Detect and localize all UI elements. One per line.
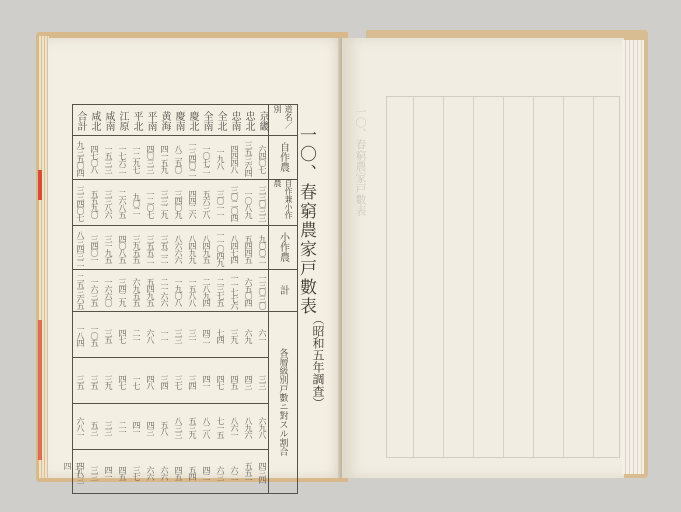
table-row: 六一六九三九七四四二三一三三一一六八二一四七三五一〇五一八四 — [73, 311, 269, 358]
table-cell: 三〇二〇四 — [227, 179, 241, 225]
table-cell: 一七 — [129, 357, 143, 403]
table-cell: 二五三六五 — [73, 269, 87, 311]
table-cell: 五八 — [157, 403, 171, 449]
table-cell: 六三 — [213, 449, 227, 493]
table-cell: 二八九四 — [199, 269, 213, 311]
table-cell: 三四〇一 — [87, 225, 101, 269]
table-cell: 四三 — [143, 403, 157, 449]
table-cell: 一三〇三〇 — [255, 269, 269, 311]
table-row: 三三〇三三一〇八九三〇二〇四三〇一一五六三八四四二六三四〇九三三二九一二〇七九〇… — [73, 179, 269, 226]
table-cell: 四二 — [199, 449, 213, 493]
table-cell: 五四 — [185, 449, 199, 493]
table-cell: 一六六〇 — [101, 269, 115, 311]
table-cell: 七一五 — [213, 403, 227, 449]
table-cell: 一一 — [157, 311, 171, 357]
table-cell: 二三七五 — [213, 269, 227, 311]
table-cell: 三三二九 — [157, 179, 171, 225]
column-header: 全北 — [213, 105, 227, 135]
table-cell: 一〇五 — [87, 311, 101, 357]
table-cell: 三三 — [87, 449, 101, 493]
table-cell: 三四〇九 — [171, 179, 185, 225]
column-header: 京畿 — [255, 105, 269, 135]
table-cell: 六八一 — [73, 403, 87, 449]
table-cell: 六六 — [143, 449, 157, 493]
column-header: 慶北 — [185, 105, 199, 135]
table-cell: 六四〇七 — [255, 135, 269, 179]
corner-header: 道名／別 — [269, 105, 297, 136]
table-cell: 四七 — [115, 357, 129, 403]
table-cell: 九三五〇四 — [73, 135, 87, 179]
table-cell: 四一 — [199, 357, 213, 403]
table-cell: 一〇七二 — [199, 135, 213, 179]
table-cell: 三五 — [73, 357, 87, 403]
table-cell: 四一五九 — [157, 135, 171, 179]
red-ink-mark — [38, 320, 42, 460]
table-cell: 三五 — [101, 311, 115, 357]
table-cell: 三四 — [185, 357, 199, 403]
table-cell: 五三 — [87, 403, 101, 449]
right-page: 一〇、春窮農家戸數表 — [342, 38, 624, 478]
table-cell: 四〇八五 — [115, 225, 129, 269]
table-cell: 六一 — [255, 311, 269, 357]
row-header-tenant: 小作農 — [269, 225, 297, 270]
table-cell: 三七 — [129, 449, 143, 493]
table-cell: 三七 — [171, 357, 185, 403]
table-cell: 四七 — [213, 357, 227, 403]
table-cell: 三四 — [157, 357, 171, 403]
table-cell: 四二 — [199, 311, 213, 357]
table-cell: 一六三五 — [87, 269, 101, 311]
column-header: 忠北 — [241, 105, 255, 135]
column-headers: 京畿忠北忠南全北全南慶北慶南黄海平南平北江原咸南咸北合計 — [73, 105, 269, 136]
table-cell: 一七六二 — [115, 135, 129, 179]
table-cell: 八四九九 — [185, 225, 199, 269]
table-cell: 六五〇四 — [241, 269, 255, 311]
row-headers: 道名／別 自作農 自作兼小作農 小作農 計 各層級別戸數ニ對スル割合 — [268, 105, 297, 493]
table-cell: 九〇二 — [129, 179, 143, 225]
table-cell: 四四四八 — [227, 135, 241, 179]
table-cell: 一二〇七 — [143, 179, 157, 225]
table-cell: 六六 — [157, 449, 171, 493]
page-edges-right — [622, 40, 644, 474]
table-cell: 八二五〇 — [171, 135, 185, 179]
table-cell: 八三三 — [171, 403, 185, 449]
table-cell: 五四四五 — [241, 225, 255, 269]
table-cell: 四五 — [171, 449, 185, 493]
table-cell: 二六八五 — [115, 179, 129, 225]
row-header-part-owner: 自作兼小作農 — [269, 179, 297, 226]
table-cell: 四五 — [227, 357, 241, 403]
table-cell: 四一 — [129, 403, 143, 449]
table-cell: 三三四〇七 — [73, 179, 87, 225]
table-cell: 一九〇八 — [171, 269, 185, 311]
table-cell: 一一〇四九 — [213, 225, 227, 269]
column-header: 黄海 — [157, 105, 171, 135]
table-cell: 三一九五 — [101, 225, 115, 269]
table-cell: 三三 — [101, 403, 115, 449]
table-cell: 一五八八 — [185, 269, 199, 311]
table-cell: 八九六 — [241, 403, 255, 449]
table-cell: 二一六六 — [157, 269, 171, 311]
table-cell: 三五二二 — [157, 225, 171, 269]
table-row: 九〇〇二五四四五八四七四一一〇四九八四九五八四九九八六六六三五二二三五五二三九五… — [73, 225, 269, 270]
table-subtitle: （昭和五年調査） — [310, 313, 327, 409]
table-cell: 三〇一一 — [213, 179, 227, 225]
household-table: 京畿忠北忠南全北全南慶北慶南黄海平南平北江原咸南咸北合計 道名／別 自作農 自作… — [72, 104, 298, 494]
table-cell: 三五 — [87, 357, 101, 403]
table-cell: 四一 — [101, 449, 115, 493]
table-cell: 八二八 — [199, 403, 213, 449]
table-cell: 一八四 — [73, 311, 87, 357]
table-cell: 三三八六 — [101, 179, 115, 225]
table-cell: 三四二九 — [115, 269, 129, 311]
table-row: 四三四五五一六二六三四二五四四五六六六六三七四五四一三三四八三 — [73, 449, 269, 493]
table-row: 六九八八九六八六一七一五八二八五三九八三三五八四三四一二一三三五三六八一 — [73, 403, 269, 450]
table-cell: 三九五五 — [129, 225, 143, 269]
table-cell: 二一 — [115, 403, 129, 449]
table-cell: 四七 — [115, 311, 129, 357]
row-header-total: 計 — [269, 269, 297, 312]
table-cell: 三五五二 — [143, 225, 157, 269]
table-row: 一三〇三〇六五〇四一一七七六二三七五二八九四一五八八一九〇八二一六六五四九五六九… — [73, 269, 269, 312]
table-cell: 四七〇八 — [87, 135, 101, 179]
table-cell: 八六六六 — [171, 225, 185, 269]
table-cell: 三九 — [101, 357, 115, 403]
table-cell: 三三 — [255, 357, 269, 403]
table-cell: 九〇〇二 — [255, 225, 269, 269]
open-book: 一〇、春窮農家戸數表 （昭和五年調査） 京畿忠北忠南全北全南慶北慶南黄海平南平北… — [36, 30, 648, 482]
table-cell: 四三 — [241, 357, 255, 403]
column-header: 咸南 — [101, 105, 115, 135]
table-cell: 五五九〇 — [87, 179, 101, 225]
table-cell: 三三 — [171, 311, 185, 357]
table-cell: 五三九 — [185, 403, 199, 449]
bleed-through-table — [386, 96, 620, 458]
table-cell: 三九 — [227, 311, 241, 357]
table-row: 六四〇七三五三六四四四四八一九八一〇七二一三四〇二八二五〇四一五九四〇三三一二九… — [73, 135, 269, 180]
column-header: 江原 — [115, 105, 129, 135]
table-cell: 四三四 — [255, 449, 269, 493]
table-cell: 六二 — [227, 449, 241, 493]
column-header: 合計 — [73, 105, 87, 135]
column-header: 咸北 — [87, 105, 101, 135]
table-cell: 四五 — [115, 449, 129, 493]
table-cell: 一五三三 — [101, 135, 115, 179]
table-cell: 五六三八 — [199, 179, 213, 225]
column-header: 全南 — [199, 105, 213, 135]
column-header: 忠南 — [227, 105, 241, 135]
table-cell: 一九八 — [213, 135, 227, 179]
table-cell: 八三四三二 — [73, 225, 87, 269]
column-header: 慶南 — [171, 105, 185, 135]
table-cell: 六九五五 — [129, 269, 143, 311]
table-cell: 八六一 — [227, 403, 241, 449]
left-page: 一〇、春窮農家戸數表 （昭和五年調査） 京畿忠北忠南全北全南慶北慶南黄海平南平北… — [48, 38, 344, 478]
bleed-through-text: 一〇、春窮農家戸數表 — [352, 106, 368, 216]
table-cell: 六九八 — [255, 403, 269, 449]
table-cell: 五五一 — [241, 449, 255, 493]
table-cell: 一三四〇二 — [185, 135, 199, 179]
table-cell: 二一 — [129, 311, 143, 357]
column-header: 平北 — [129, 105, 143, 135]
red-ink-mark — [38, 170, 42, 200]
table-cell: 三一 — [185, 311, 199, 357]
row-header-owner-farmer: 自作農 — [269, 135, 297, 180]
table-cell: 一〇八九 — [241, 179, 255, 225]
table-cell: 六九 — [241, 311, 255, 357]
table-cell: 五四九五 — [143, 269, 157, 311]
table-cell: 七四 — [213, 311, 227, 357]
table-cell: 一一七七六 — [227, 269, 241, 311]
table-cell: 六八 — [143, 311, 157, 357]
table-cell: 八四七四 — [227, 225, 241, 269]
table-row: 三三四三四五四七四一三四三七三四四八一七四七三九三五三五 — [73, 357, 269, 404]
column-header: 平南 — [143, 105, 157, 135]
table-cell: 四四二六 — [185, 179, 199, 225]
table-cell: 一二九七 — [129, 135, 143, 179]
ratio-section-header: 各層級別戸數ニ對スル割合 — [269, 311, 297, 493]
table-cell: 三三〇三三 — [255, 179, 269, 225]
table-cell: 四八 — [143, 357, 157, 403]
table-cell: 四〇三三 — [143, 135, 157, 179]
table-cell: 八四九五 — [199, 225, 213, 269]
page-number: 三十四 — [62, 462, 84, 478]
table-cell: 三五三六四 — [241, 135, 255, 179]
